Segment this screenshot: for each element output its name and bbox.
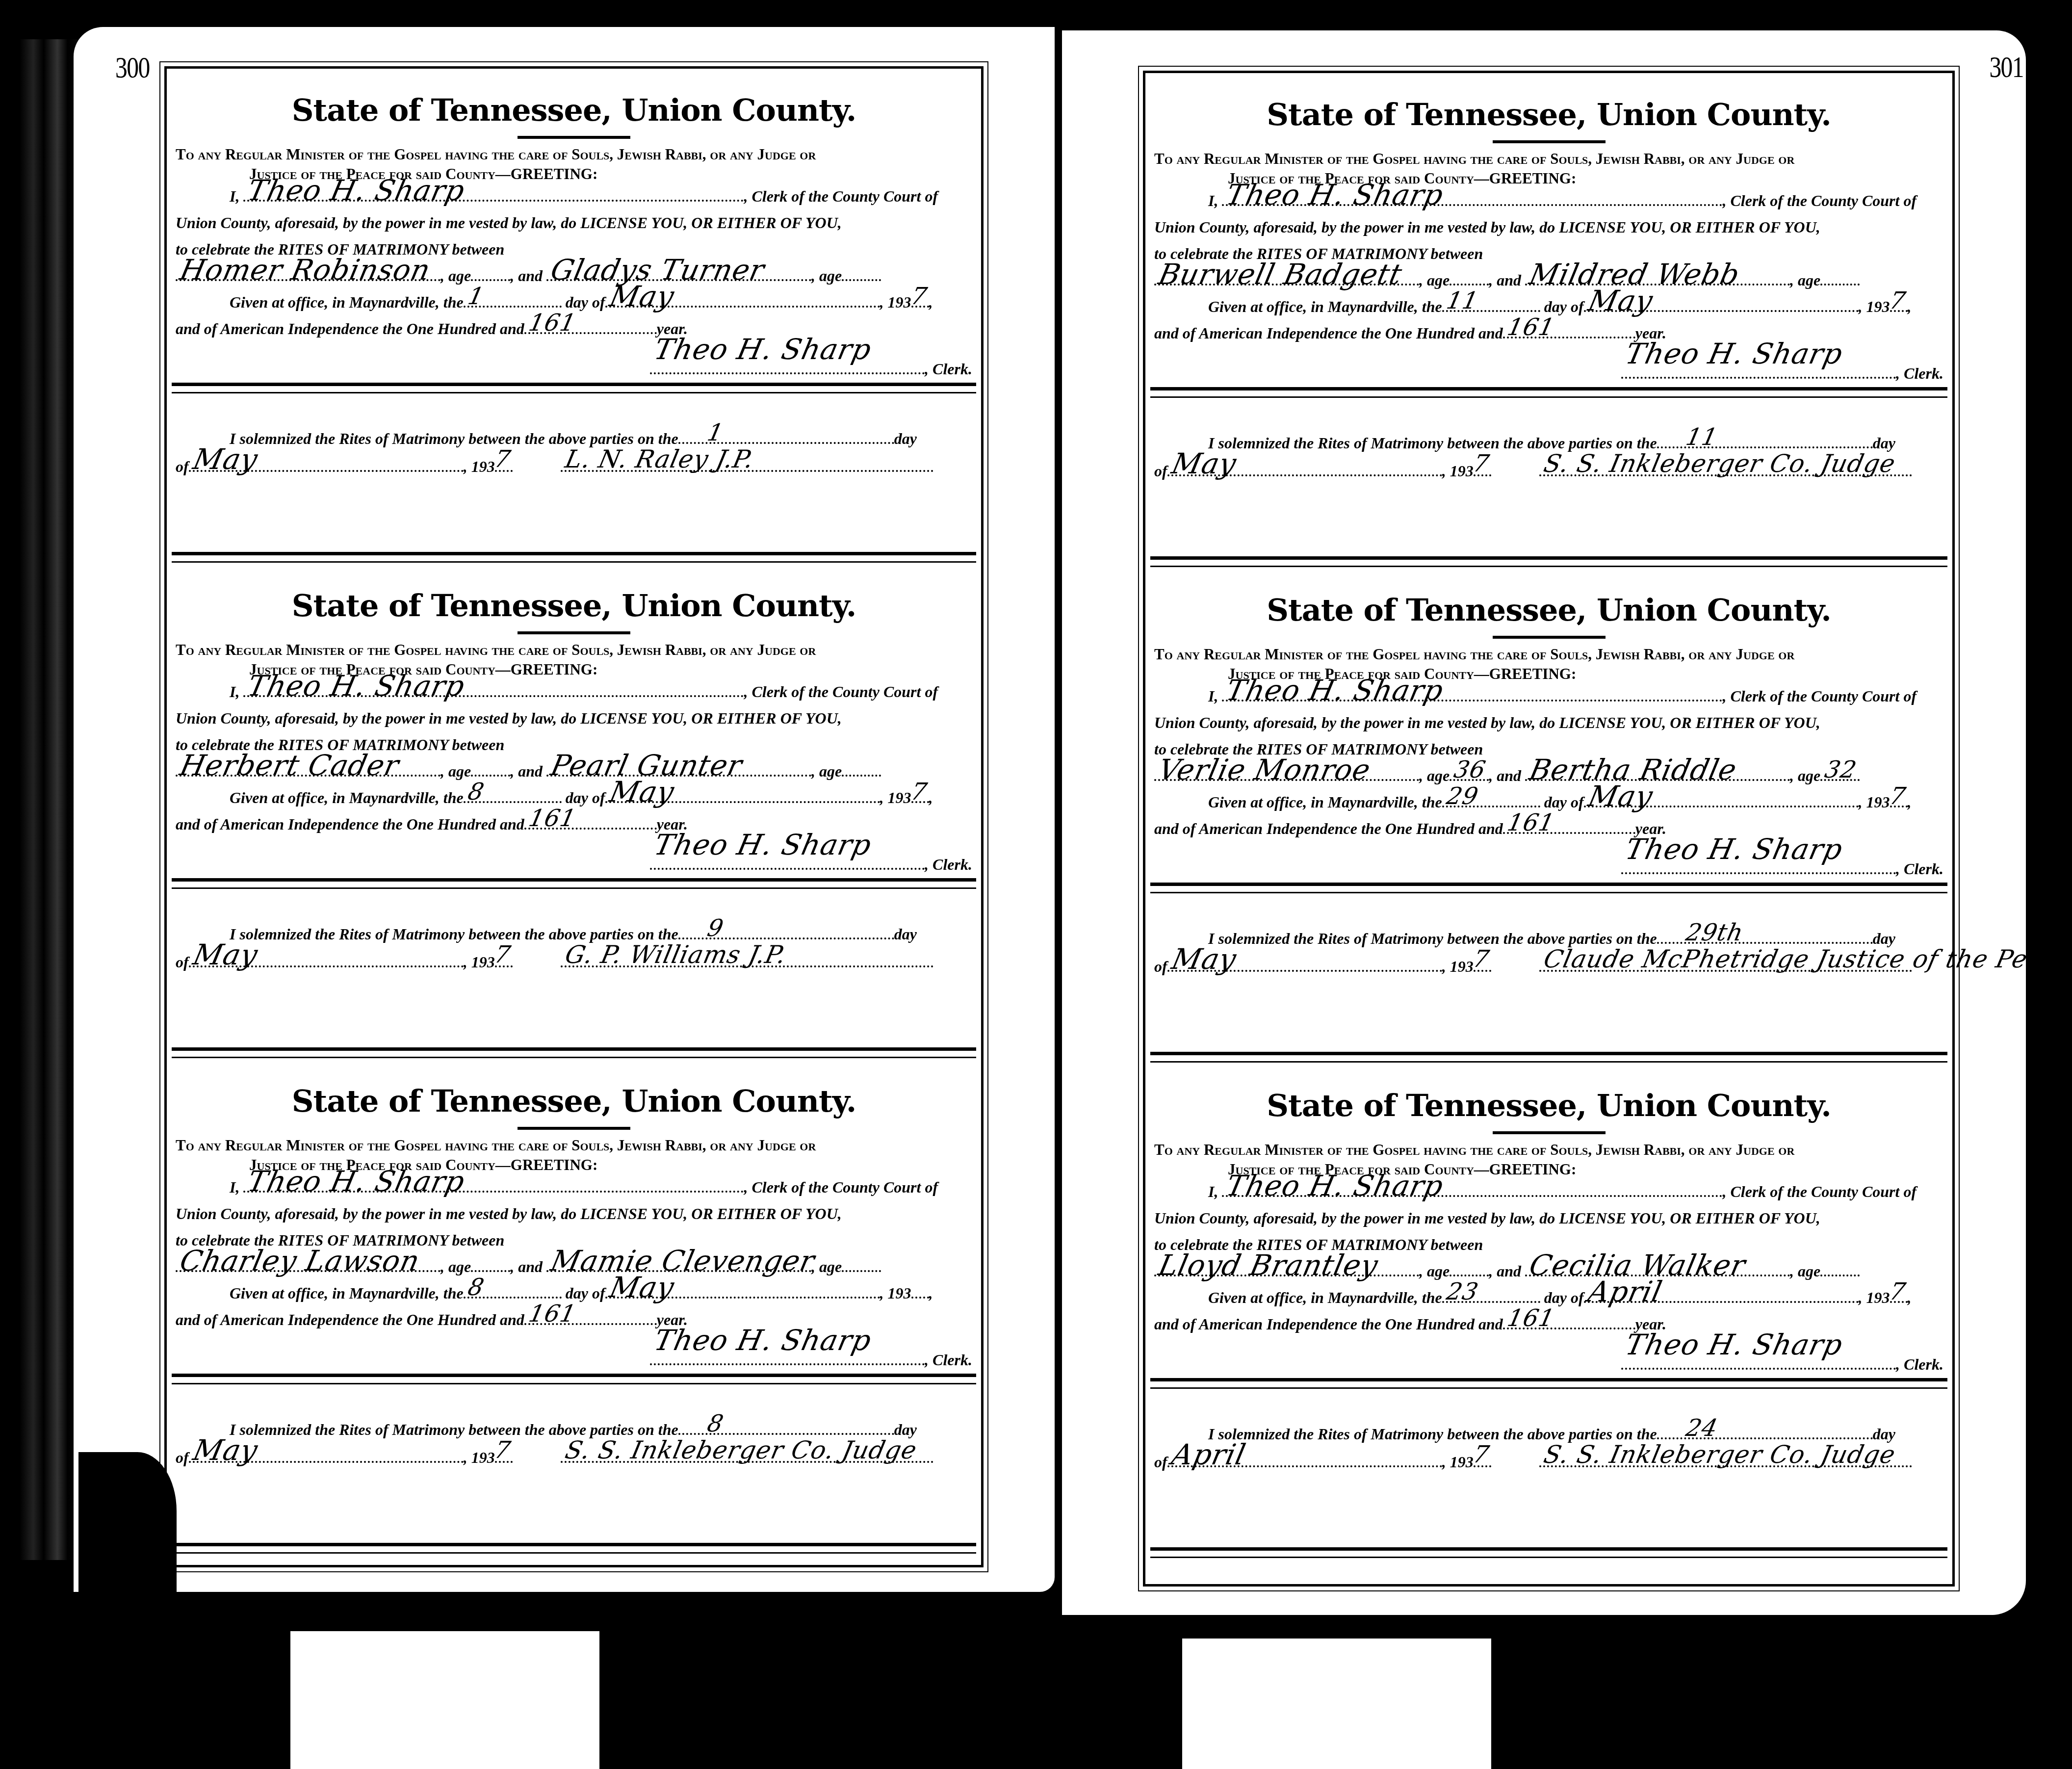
title-rule — [1493, 1131, 1606, 1134]
solemnized-month: April — [1169, 1440, 1248, 1469]
section-divider — [1150, 387, 1947, 398]
clerk-name: Theo H. Sharp — [246, 1168, 467, 1195]
form-frame: State of Tennessee, Union County. To any… — [164, 66, 984, 1567]
entry-divider — [1150, 1547, 1947, 1558]
clerk-name: Theo H. Sharp — [1224, 677, 1446, 703]
form-title: State of Tennessee, Union County. — [176, 69, 972, 128]
clerk-line: I, Theo H. Sharp, Clerk of the County Co… — [176, 678, 972, 705]
clerk-line: I, Theo H. Sharp, Clerk of the County Co… — [176, 183, 972, 209]
book-spine — [1056, 29, 1058, 1594]
issued-month: May — [1586, 783, 1655, 809]
license-authority-line: Union County, aforesaid, by the power in… — [176, 209, 972, 236]
form-title: State of Tennessee, Union County. — [1154, 569, 1943, 628]
independence-year: 161 — [526, 1301, 578, 1327]
parties-line: Herbert Cader, age, and Pearl Gunter, ag… — [176, 758, 972, 784]
marriage-license-entry: State of Tennessee, Union County. To any… — [167, 69, 981, 564]
independence-year: 161 — [1505, 314, 1557, 340]
form-title: State of Tennessee, Union County. — [176, 1060, 972, 1119]
clerk-line: I, Theo H. Sharp, Clerk of the County Co… — [176, 1174, 972, 1200]
issued-day: 23 — [1444, 1278, 1481, 1305]
entry-divider — [172, 1047, 976, 1058]
solemnized-date-line: ofMay, 1937 G. P. Williams J.P. — [176, 947, 972, 991]
section-divider — [1150, 883, 1947, 893]
officiant-signature: S. S. Inkleberger Co. Judge — [1541, 449, 1898, 478]
book-cover-corner — [78, 1452, 177, 1614]
solemnized-date-line: ofMay, 1937 S. S. Inkleberger Co. Judge — [176, 1443, 972, 1487]
entry-divider — [172, 552, 976, 563]
marriage-license-entry: State of Tennessee, Union County. To any… — [1145, 569, 1952, 1064]
solemnized-day: 29th — [1683, 919, 1746, 946]
addressee-line: To any Regular Minister of the Gospel ha… — [1154, 646, 1943, 663]
solemnized-date-line: ofMay, 1937 Claude McPhetridge Justice o… — [1154, 952, 1943, 996]
issued-month: May — [607, 1274, 676, 1301]
clerk-signature-line: Theo H. Sharp, Clerk. — [176, 1333, 972, 1372]
groom-name: Lloyd Brantley — [1156, 1252, 1380, 1278]
addressee-line: To any Regular Minister of the Gospel ha… — [176, 146, 972, 163]
marriage-license-entry: State of Tennessee, Union County. To any… — [167, 564, 981, 1060]
section-divider — [172, 383, 976, 393]
groom-name: Charley Lawson — [178, 1248, 422, 1274]
clerk-signature: Theo H. Sharp — [649, 818, 877, 872]
officiant-signature: G. P. Williams J.P. — [562, 940, 789, 969]
section-divider — [1150, 1378, 1947, 1389]
bride-name: Bertha Riddle — [1527, 756, 1739, 783]
solemnized-month: May — [190, 1435, 260, 1465]
title-rule — [518, 136, 630, 139]
marriage-license-entry: State of Tennessee, Union County. To any… — [1145, 1064, 1952, 1560]
scanner-card — [290, 1631, 599, 1769]
clerk-signature: Theo H. Sharp — [1620, 327, 1848, 381]
license-authority-line: Union County, aforesaid, by the power in… — [1154, 1205, 1943, 1231]
clerk-signature: Theo H. Sharp — [1620, 822, 1848, 876]
independence-year: 161 — [526, 310, 578, 336]
license-authority-line: Union County, aforesaid, by the power in… — [1154, 214, 1943, 240]
clerk-signature-line: Theo H. Sharp, Clerk. — [176, 342, 972, 381]
addressee-line: To any Regular Minister of the Gospel ha… — [1154, 150, 1943, 168]
entry-divider — [172, 1543, 976, 1554]
title-rule — [1493, 140, 1606, 143]
issued-month: May — [1586, 287, 1655, 314]
clerk-signature-line: Theo H. Sharp, Clerk. — [1154, 842, 1943, 881]
groom-age: 36 — [1451, 756, 1488, 783]
groom-name: Homer Robinson — [178, 257, 433, 283]
officiant-signature: Claude McPhetridge Justice of the Peace — [1541, 944, 2072, 974]
clerk-name: Theo H. Sharp — [1224, 182, 1446, 208]
form-title: State of Tennessee, Union County. — [1154, 1064, 1943, 1123]
officiant-signature: S. S. Inkleberger Co. Judge — [1541, 1440, 1898, 1469]
groom-name: Herbert Cader — [178, 752, 401, 779]
clerk-line: I, Theo H. Sharp, Clerk of the County Co… — [1154, 683, 1943, 709]
license-authority-line: Union County, aforesaid, by the power in… — [176, 1200, 972, 1227]
section-divider — [172, 878, 976, 889]
clerk-signature: Theo H. Sharp — [649, 322, 877, 376]
groom-name: Verlie Monroe — [1156, 756, 1373, 783]
clerk-name: Theo H. Sharp — [246, 673, 467, 699]
form-frame: State of Tennessee, Union County. To any… — [1143, 71, 1955, 1587]
bride-name: Mildred Webb — [1527, 261, 1742, 287]
addressee-line: To any Regular Minister of the Gospel ha… — [1154, 1141, 1943, 1159]
page-number: 301 — [1989, 50, 2023, 85]
parties-line: Charley Lawson, age, and Mamie Clevenger… — [176, 1253, 972, 1280]
parties-line: Burwell Badgett, age, and Mildred Webb, … — [1154, 267, 1943, 293]
entry-divider — [1150, 1052, 1947, 1063]
section-divider — [172, 1374, 976, 1384]
parties-line: Lloyd Brantley, age, and Cecilia Walker,… — [1154, 1258, 1943, 1284]
parties-line: Verlie Monroe, age36, and Bertha Riddle,… — [1154, 762, 1943, 789]
solemnized-month: May — [190, 444, 260, 474]
solemnized-month: May — [1169, 944, 1239, 974]
scanner-card — [1182, 1639, 1491, 1769]
issued-day: 29 — [1444, 783, 1481, 809]
bride-name: Pearl Gunter — [548, 752, 745, 779]
clerk-name: Theo H. Sharp — [246, 177, 467, 204]
clerk-signature: Theo H. Sharp — [1620, 1318, 1848, 1372]
entry-divider — [1150, 556, 1947, 567]
solemnized-date-line: ofMay, 1937 S. S. Inkleberger Co. Judge — [1154, 456, 1943, 500]
issued-month: May — [607, 779, 676, 805]
clerk-signature-line: Theo H. Sharp, Clerk. — [1154, 346, 1943, 386]
ledger-page-left: 300 State of Tennessee, Union County. To… — [74, 27, 1055, 1592]
license-authority-line: Union County, aforesaid, by the power in… — [176, 705, 972, 731]
solemnized-day: 11 — [1683, 424, 1720, 450]
officiant-signature: L. N. Raley J.P. — [562, 444, 756, 474]
independence-year: 161 — [526, 805, 578, 832]
solemnized-month: May — [1169, 449, 1239, 478]
solemnized-month: May — [190, 940, 260, 969]
clerk-signature-line: Theo H. Sharp, Clerk. — [1154, 1337, 1943, 1377]
groom-name: Burwell Badgett — [1156, 261, 1404, 287]
form-title: State of Tennessee, Union County. — [176, 564, 972, 624]
license-authority-line: Union County, aforesaid, by the power in… — [1154, 709, 1943, 736]
title-rule — [518, 1127, 630, 1130]
issued-day: 11 — [1444, 287, 1481, 314]
addressee-line: To any Regular Minister of the Gospel ha… — [176, 1137, 972, 1154]
clerk-line: I, Theo H. Sharp, Clerk of the County Co… — [1154, 1178, 1943, 1205]
form-title: State of Tennessee, Union County. — [1154, 73, 1943, 132]
solemnized-day: 24 — [1683, 1415, 1720, 1441]
bride-name: Gladys Turner — [548, 257, 767, 283]
clerk-signature: Theo H. Sharp — [649, 1313, 877, 1367]
clerk-line: I, Theo H. Sharp, Clerk of the County Co… — [1154, 187, 1943, 214]
independence-year: 161 — [1505, 809, 1557, 836]
officiant-signature: S. S. Inkleberger Co. Judge — [562, 1435, 919, 1465]
marriage-license-entry: State of Tennessee, Union County. To any… — [167, 1060, 981, 1555]
ledger-page-right: 301 State of Tennessee, Union County. To… — [1062, 30, 2026, 1615]
independence-year: 161 — [1505, 1305, 1557, 1331]
marriage-license-entry: State of Tennessee, Union County. To any… — [1145, 73, 1952, 569]
solemnized-date-line: ofApril, 1937 S. S. Inkleberger Co. Judg… — [1154, 1447, 1943, 1491]
title-rule — [518, 631, 630, 634]
title-rule — [1493, 636, 1606, 639]
bride-name: Mamie Clevenger — [548, 1248, 817, 1274]
clerk-signature-line: Theo H. Sharp, Clerk. — [176, 837, 972, 877]
issued-month: May — [607, 283, 676, 310]
addressee-line: To any Regular Minister of the Gospel ha… — [176, 641, 972, 659]
clerk-name: Theo H. Sharp — [1224, 1172, 1446, 1199]
issued-month: April — [1586, 1278, 1664, 1305]
page-number: 300 — [115, 51, 150, 85]
bride-age: 32 — [1822, 756, 1859, 783]
solemnized-date-line: ofMay, 1937 L. N. Raley J.P. — [176, 452, 972, 496]
parties-line: Homer Robinson, age, and Gladys Turner, … — [176, 262, 972, 289]
bride-name: Cecilia Walker — [1527, 1252, 1748, 1278]
